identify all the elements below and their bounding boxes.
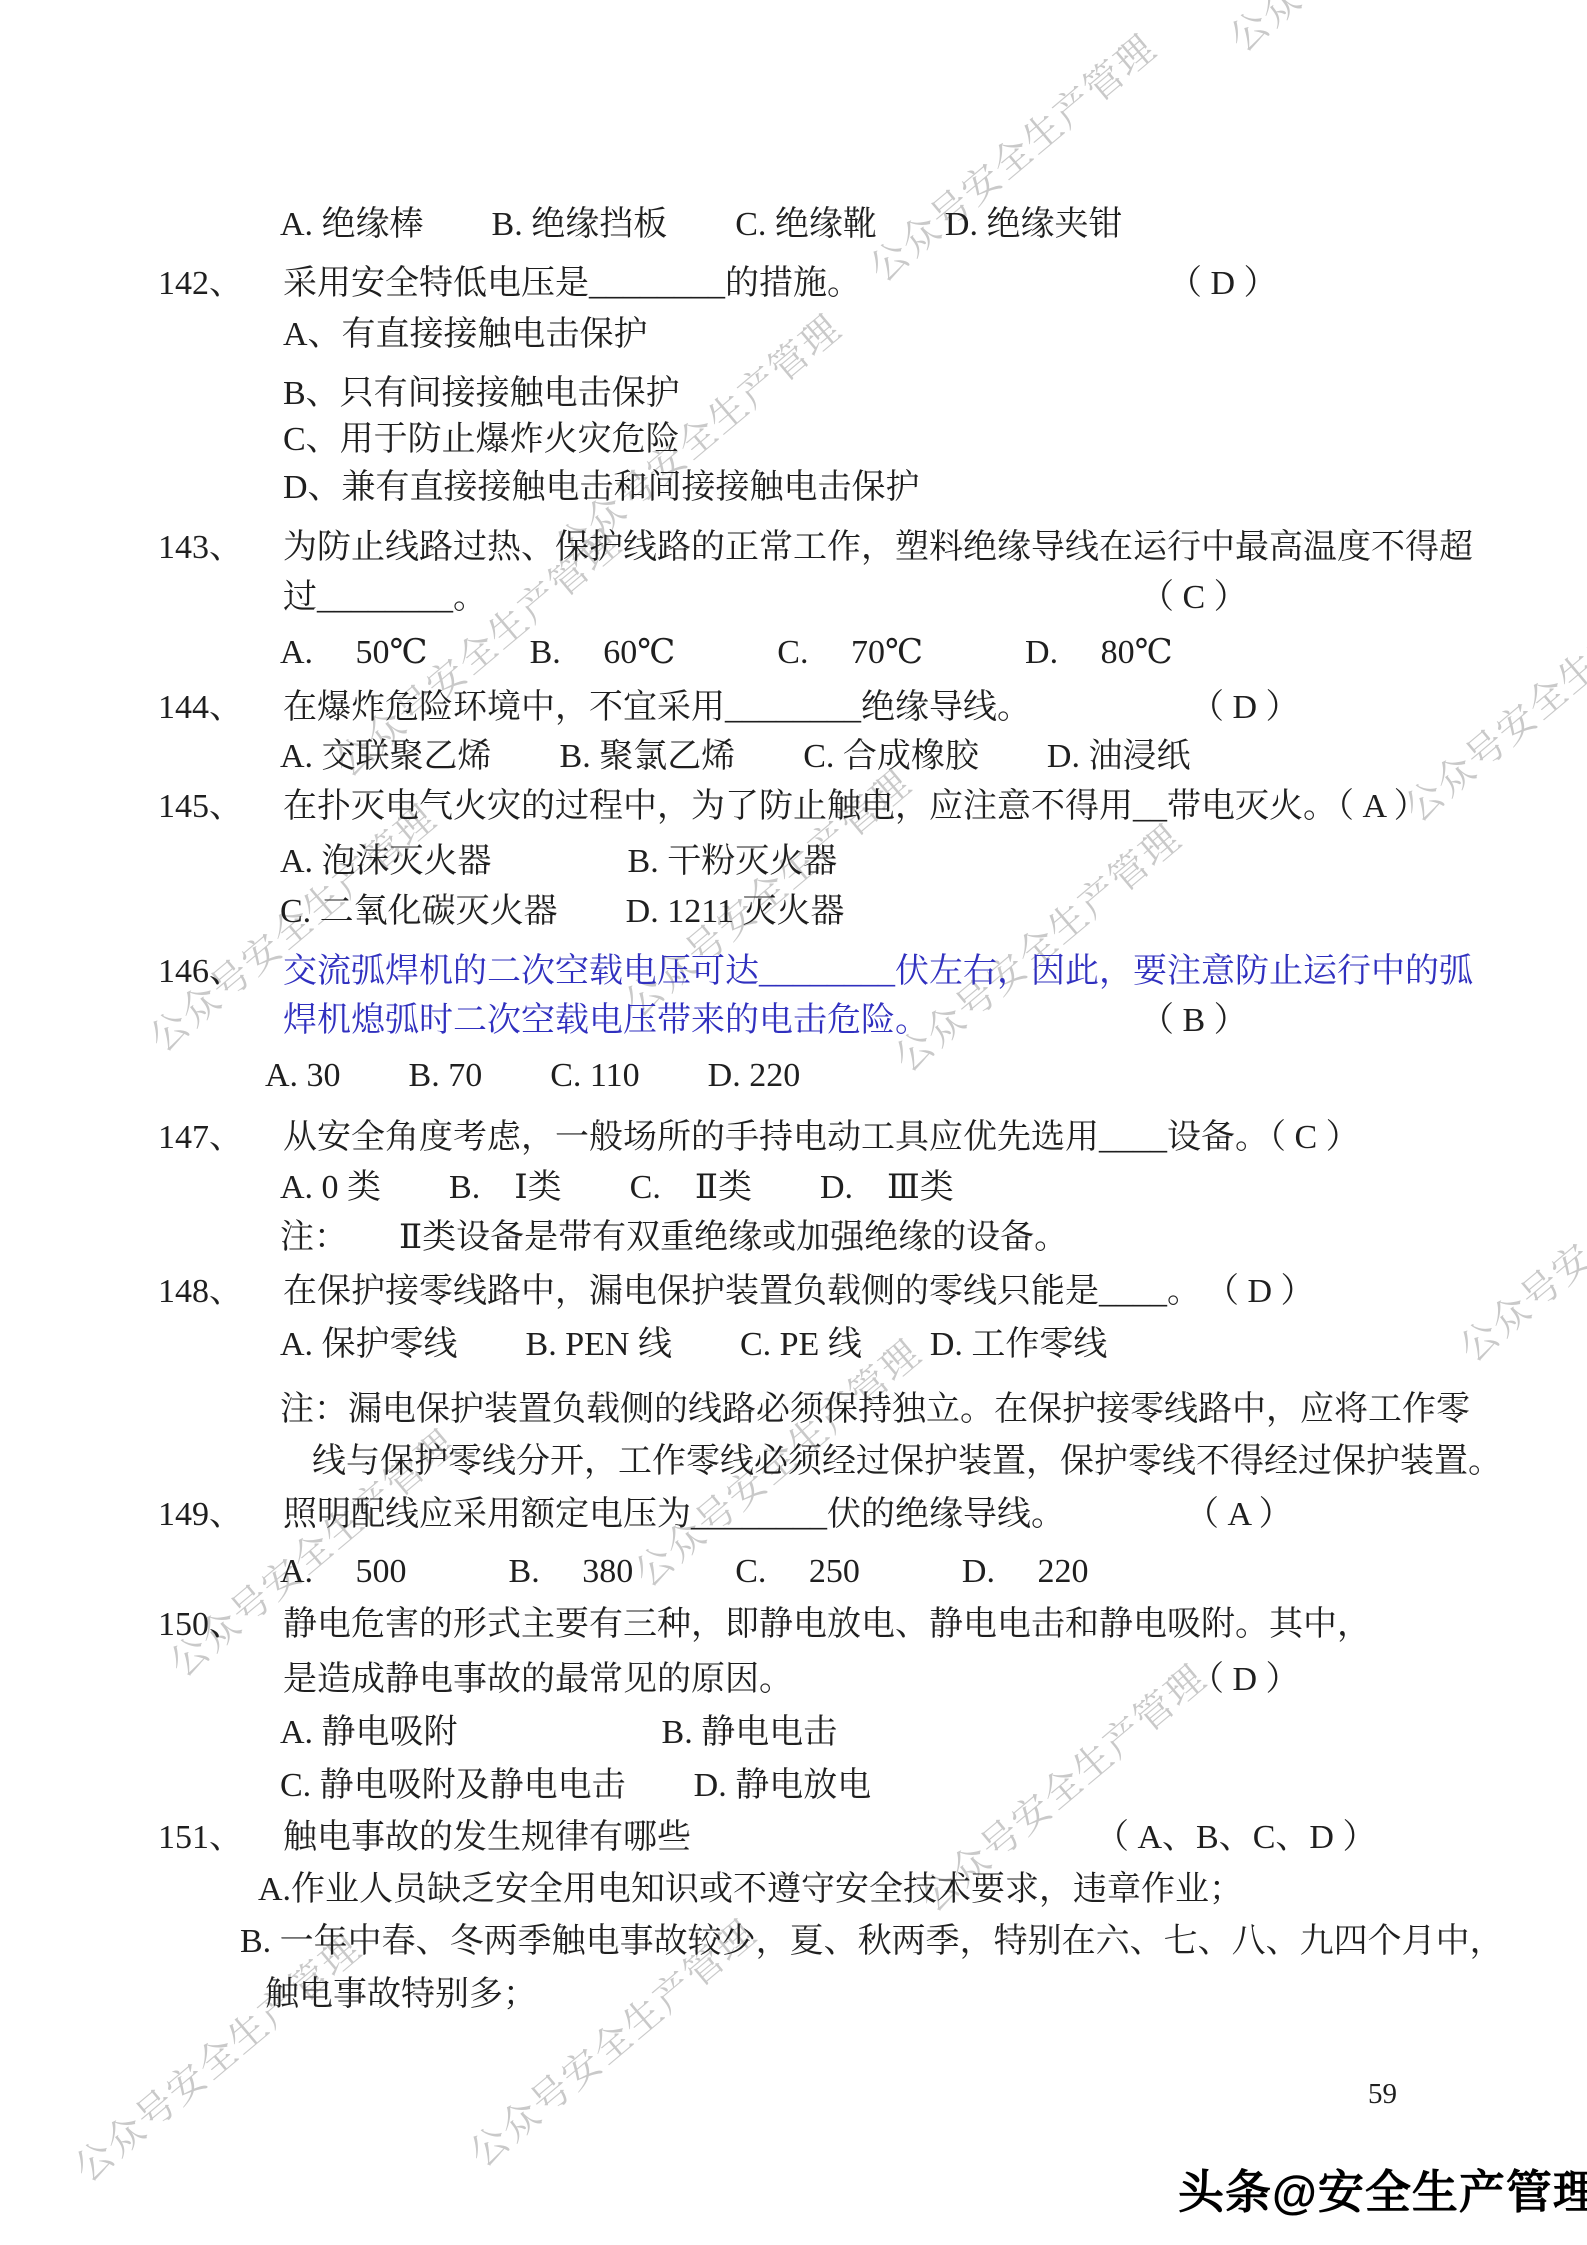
question-number: 142、 — [158, 264, 283, 305]
option-line: A. 0 类 B. Ⅰ类 C. Ⅱ类 D. Ⅲ类 — [280, 1168, 954, 1209]
question-line: 146、交流弧焊机的二次空载电压可达________伏左右，因此，要注意防止运行… — [158, 952, 1473, 993]
option-line: A.作业人员缺乏安全用电知识或不遵守安全技术要求，违章作业； — [258, 1870, 1243, 1911]
question-line: 145、在扑灭电气火灾的过程中，为了防止触电，应注意不得用__带电灭火。（ A … — [158, 787, 1428, 828]
option-line: A. 保护零线 B. PEN 线 C. PE 线 D. 工作零线 — [280, 1325, 1107, 1366]
option-line: A. 交联聚乙烯 B. 聚氯乙烯 C. 合成橡胶 D. 油浸纸 — [280, 737, 1190, 778]
option-line: D、兼有直接接触电击和间接接触电击保护 — [283, 468, 920, 509]
option-line: B. 一年中春、冬两季触电事故较少，夏、秋两季，特别在六、七、八、九四个月中， — [240, 1922, 1504, 1963]
option-text: C、用于防止爆炸火灾危险 — [283, 421, 680, 458]
option-text: A. 泡沫灭火器 B. 干粉灭火器 — [280, 843, 837, 880]
answer-key: （ D ） — [1190, 1660, 1300, 1701]
note-line: 注： Ⅱ类设备是带有双重绝缘或加强绝缘的设备。 — [280, 1218, 1068, 1259]
option-text: D、兼有直接接触电击和间接接触电击保护 — [283, 469, 920, 506]
option-text: C. 二氧化碳灭火器 D. 1211 灭火器 — [280, 893, 844, 930]
option-text: A. 静电吸附 B. 静电电击 — [280, 1714, 837, 1751]
option-line: A. 静电吸附 B. 静电电击 — [280, 1713, 837, 1754]
option-text: A. 绝缘棒 B. 绝缘挡板 C. 绝缘靴 D. 绝缘夹钳 — [280, 206, 1122, 243]
continuation-text: 焊机熄弧时二次空载电压带来的电击危险。 — [283, 1002, 929, 1039]
option-line: C. 静电吸附及静电电击 D. 静电放电 — [280, 1766, 871, 1807]
question-text: 为防止线路过热、保护线路的正常工作，塑料绝缘导线在运行中最高温度不得超 — [283, 529, 1473, 566]
question-text: 静电危害的形式主要有三种，即静电放电、静电电击和静电吸附。其中， — [283, 1606, 1371, 1643]
note-text: 注：漏电保护装置负载侧的线路必须保持独立。在保护接零线路中，应将工作零 — [280, 1391, 1470, 1428]
option-line: A. 30 B. 70 C. 110 D. 220 — [265, 1056, 800, 1097]
continuation-line: 触电事故特别多； — [265, 1975, 537, 2016]
answer-key: （ B ） — [1140, 1001, 1248, 1042]
answer-key: （ A、B、C、D ） — [1095, 1818, 1376, 1859]
question-text: 在保护接零线路中，漏电保护装置负载侧的零线只能是____。 — [283, 1273, 1201, 1310]
option-line: C. 二氧化碳灭火器 D. 1211 灭火器 — [280, 892, 844, 933]
note-text: 线与保护零线分开，工作零线必须经过保护装置，保护零线不得经过保护装置。 — [312, 1443, 1502, 1480]
answer-key: （ D ） — [1168, 264, 1278, 305]
option-text: A. 交联聚乙烯 B. 聚氯乙烯 C. 合成橡胶 D. 油浸纸 — [280, 738, 1190, 775]
continuation-line: 过________。（ C ） — [283, 578, 487, 619]
question-number: 146、 — [158, 952, 283, 993]
note-line: 注：漏电保护装置负载侧的线路必须保持独立。在保护接零线路中，应将工作零 — [280, 1390, 1470, 1431]
question-line: 147、从安全角度考虑，一般场所的手持电动工具应优先选用____设备。（ C ） — [158, 1118, 1360, 1159]
question-text: 触电事故的发生规律有哪些 — [283, 1819, 691, 1856]
option-text: A、有直接接触电击保护 — [283, 316, 648, 353]
option-text: A. 500 B. 380 C. 250 D. 220 — [280, 1553, 1088, 1590]
question-number: 143、 — [158, 528, 283, 569]
question-number: 150、 — [158, 1605, 283, 1646]
option-text: A. 30 B. 70 C. 110 D. 220 — [265, 1057, 800, 1094]
question-text: 在扑灭电气火灾的过程中，为了防止触电，应注意不得用__带电灭火。（ A ） — [283, 788, 1428, 825]
answer-key: （ C ） — [1140, 578, 1248, 619]
option-text: B. 一年中春、冬两季触电事故较少，夏、秋两季，特别在六、七、八、九四个月中， — [240, 1923, 1504, 1960]
question-line: 144、在爆炸危险环境中，不宜采用________绝缘导线。（ D ） — [158, 688, 1031, 729]
question-line: 150、静电危害的形式主要有三种，即静电放电、静电电击和静电吸附。其中， — [158, 1605, 1371, 1646]
question-number: 149、 — [158, 1495, 283, 1536]
option-line: C、用于防止爆炸火灾危险 — [283, 420, 680, 461]
question-number: 148、 — [158, 1272, 283, 1313]
continuation-text: 触电事故特别多； — [265, 1976, 537, 2013]
question-line: 142、采用安全特低电压是________的措施。（ D ） — [158, 264, 861, 305]
option-text: A. 保护零线 B. PEN 线 C. PE 线 D. 工作零线 — [280, 1326, 1107, 1363]
question-line: 143、为防止线路过热、保护线路的正常工作，塑料绝缘导线在运行中最高温度不得超 — [158, 528, 1473, 569]
option-text: C. 静电吸附及静电电击 D. 静电放电 — [280, 1767, 871, 1804]
option-line: A. 绝缘棒 B. 绝缘挡板 C. 绝缘靴 D. 绝缘夹钳 — [280, 205, 1122, 246]
page-number: 59 — [1368, 2078, 1397, 2111]
option-line: A. 500 B. 380 C. 250 D. 220 — [280, 1552, 1088, 1593]
answer-key: （ D ） — [1205, 1272, 1315, 1313]
continuation-text: 过________。 — [283, 579, 487, 616]
option-line: A. 泡沫灭火器 B. 干粉灭火器 — [280, 842, 837, 883]
option-line: A. 50℃ B. 60℃ C. 70℃ D. 80℃ — [280, 633, 1173, 674]
question-number: 147、 — [158, 1118, 283, 1159]
question-line: 149、照明配线应采用额定电压为________伏的绝缘导线。（ A ） — [158, 1495, 1065, 1536]
question-line: 148、在保护接零线路中，漏电保护装置负载侧的零线只能是____。（ D ） — [158, 1272, 1201, 1313]
option-line: B、只有间接接触电击保护 — [283, 374, 680, 415]
continuation-line: 是造成静电事故的最常见的原因。（ D ） — [283, 1660, 793, 1701]
question-text: 从安全角度考虑，一般场所的手持电动工具应优先选用____设备。（ C ） — [283, 1119, 1360, 1156]
answer-key: （ A ） — [1185, 1495, 1293, 1536]
question-line: 151、触电事故的发生规律有哪些（ A、B、C、D ） — [158, 1818, 691, 1859]
exam-question-list: A. 绝缘棒 B. 绝缘挡板 C. 绝缘靴 D. 绝缘夹钳142、采用安全特低电… — [0, 0, 1587, 2245]
question-text: 在爆炸危险环境中，不宜采用________绝缘导线。 — [283, 689, 1031, 726]
question-text: 交流弧焊机的二次空载电压可达________伏左右，因此，要注意防止运行中的弧 — [283, 953, 1473, 990]
option-text: A.作业人员缺乏安全用电知识或不遵守安全技术要求，违章作业； — [258, 1871, 1243, 1908]
continuation-text: 是造成静电事故的最常见的原因。 — [283, 1661, 793, 1698]
continuation-line: 焊机熄弧时二次空载电压带来的电击危险。（ B ） — [283, 1001, 929, 1042]
answer-key: （ D ） — [1190, 688, 1300, 729]
option-text: B、只有间接接触电击保护 — [283, 375, 680, 412]
question-number: 151、 — [158, 1818, 283, 1859]
option-text: A. 50℃ B. 60℃ C. 70℃ D. 80℃ — [280, 634, 1173, 671]
note-text: 注： Ⅱ类设备是带有双重绝缘或加强绝缘的设备。 — [280, 1219, 1068, 1256]
document-page: 公众号安全生产管理公众号安全生产管理公众号安全生产管理公众号安全生产管理公众号安… — [0, 0, 1587, 2245]
question-text: 照明配线应采用额定电压为________伏的绝缘导线。 — [283, 1496, 1065, 1533]
option-text: A. 0 类 B. Ⅰ类 C. Ⅱ类 D. Ⅲ类 — [280, 1169, 954, 1206]
option-line: A、有直接接触电击保护 — [283, 315, 648, 356]
footer-brand: 头条@安全生产管理 — [1178, 2156, 1587, 2222]
question-text: 采用安全特低电压是________的措施。 — [283, 265, 861, 302]
question-number: 144、 — [158, 688, 283, 729]
question-number: 145、 — [158, 787, 283, 828]
note-line: 线与保护零线分开，工作零线必须经过保护装置，保护零线不得经过保护装置。 — [312, 1442, 1502, 1483]
